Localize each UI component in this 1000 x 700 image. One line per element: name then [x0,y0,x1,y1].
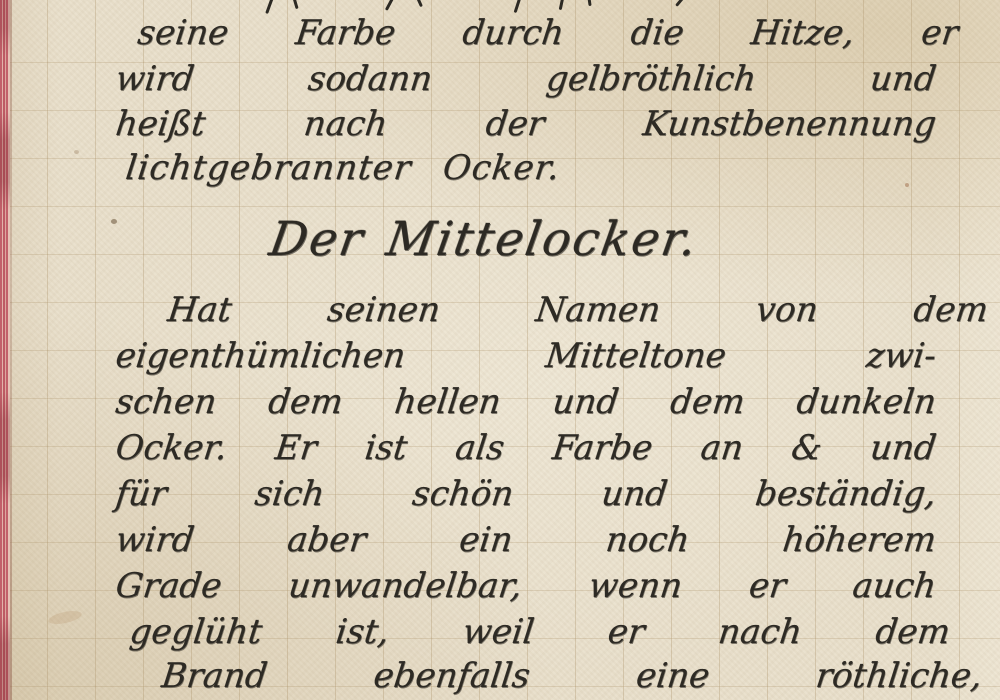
text-line: Hat seinen Namen von dem [114,290,991,330]
text-line: wird sodann gelbröthlich und [114,59,939,99]
handwriting-block: seine Farbe durch die Hitze, er wird sod… [116,0,936,700]
binding-strip [0,0,10,700]
text-line: Ocker. Er ist als Farbe an & und [114,428,939,468]
text-line: lichtgebrannter Ocker. [114,148,949,188]
section-heading: Der Mittelocker. [70,212,899,267]
text-line: wird aber ein noch höherem [114,520,969,560]
notebook-page: seine Farbe durch die Hitze, er wird sod… [0,0,1000,700]
text-line: für sich schön und beständig, [114,474,979,514]
paper-stain [74,150,79,154]
text-line: eigenthümlichen Mitteltone zwi- [114,336,939,376]
text-line: geglüht ist, weil er nach dem [114,612,953,652]
text-line: seine Farbe durch die Hitze, er [114,13,961,53]
text-line: Grade unwandelbar, wenn er auch [114,566,939,606]
text-line: schen dem hellen und dem dunkeln [114,382,939,422]
text-line: Brand ebenfalls eine röthliche, [114,656,1000,696]
paper-stain [47,609,83,627]
binding-edge-line [10,0,12,700]
text-line: heißt nach der Kunstbenennung [114,104,939,144]
